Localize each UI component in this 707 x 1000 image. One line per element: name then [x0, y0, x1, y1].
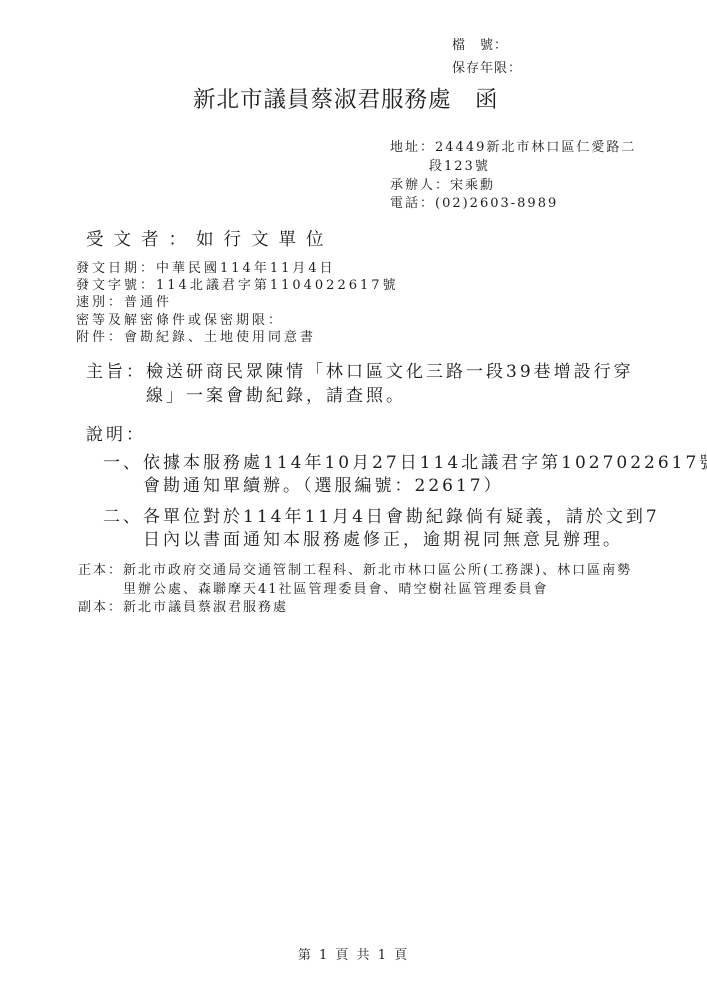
original-copy-text-1: 新北市政府交通局交通管制工程科、新北市林口區公所(工務課)、林口區南勢	[123, 563, 632, 578]
retention-label: 保存年限：	[452, 57, 522, 80]
document-page: 檔 號： 保存年限： 新北市議員蔡淑君服務處 函 地址：24449新北市林口區仁…	[0, 0, 707, 1000]
meta-doc-number-label: 發文字號：	[76, 278, 156, 293]
meta-issue-date-value: 中華民國114年11月4日	[156, 261, 336, 276]
subject-line-2: 線」一案會勘紀錄，請查照。	[86, 385, 634, 409]
explanation-item-2-line-2: 日內以書面通知本服務處修正，逾期視同無意見辦理。	[86, 529, 707, 553]
meta-attachment-value: 會勘紀錄、土地使用同意書	[124, 330, 316, 345]
original-copy-line-1: 正本：新北市政府交通局交通管制工程科、新北市林口區公所(工務課)、林口區南勢	[78, 562, 632, 581]
meta-issue-date: 發文日期：中華民國114年11月4日	[76, 260, 399, 277]
recipient-value: 如行文單位	[196, 230, 334, 250]
explanation-block: 說明： 一、依據本服務處114年10月27日114北議君字第1027022617…	[86, 424, 707, 553]
meta-priority-value: 普通件	[124, 295, 172, 310]
contact-address-line2: 段123號	[390, 158, 636, 177]
meta-attachment-label: 附件：	[76, 330, 124, 345]
original-copy-line-2: 里辦公處、森聯摩天41社區管理委員會、晴空樹社區管理委員會	[78, 581, 632, 600]
subject-line-1: 主旨：檢送研商民眾陳情「林口區文化三路一段39巷增設行穿	[86, 361, 634, 385]
explanation-item-1-num: 一、	[103, 453, 143, 473]
contact-officer: 承辦人：宋乘勳	[390, 177, 636, 196]
meta-attachment: 附件：會勘紀錄、土地使用同意書	[76, 329, 399, 346]
explanation-item-1-line-2: 會勘通知單續辦。（選服編號：22617）	[86, 475, 707, 499]
meta-doc-number: 發文字號：114北議君字第1104022617號	[76, 277, 399, 294]
cc-copy-line: 副本：新北市議員蔡淑君服務處	[78, 599, 632, 618]
meta-issue-date-label: 發文日期：	[76, 261, 156, 276]
explanation-item-2-line-1: 二、各單位對於114年11月4日會勘紀錄倘有疑義，請於文到7	[86, 506, 707, 530]
explanation-label: 說明：	[86, 424, 707, 448]
file-number-block: 檔 號： 保存年限：	[452, 34, 522, 80]
contact-address-line1: 地址：24449新北市林口區仁愛路二	[390, 139, 636, 158]
explanation-item-2-text-1: 各單位對於114年11月4日會勘紀錄倘有疑義，請於文到7	[143, 507, 660, 527]
recipient-line: 受文者：如行文單位	[86, 226, 334, 251]
explanation-item-2: 二、各單位對於114年11月4日會勘紀錄倘有疑義，請於文到7 日內以書面通知本服…	[86, 506, 707, 553]
original-copy-label: 正本：	[78, 563, 123, 578]
meta-priority-label: 速別：	[76, 295, 124, 310]
explanation-item-1: 一、依據本服務處114年10月27日114北議君字第1027022617號 會勘…	[86, 452, 707, 499]
subject-text-line-1: 檢送研商民眾陳情「林口區文化三路一段39巷增設行穿	[146, 362, 634, 382]
meta-security: 密等及解密條件或保密期限：	[76, 312, 399, 329]
document-title: 新北市議員蔡淑君服務處 函	[193, 82, 499, 114]
meta-priority: 速別：普通件	[76, 294, 399, 311]
meta-block: 發文日期：中華民國114年11月4日 發文字號：114北議君字第11040226…	[76, 260, 399, 346]
meta-doc-number-value: 114北議君字第1104022617號	[156, 278, 399, 293]
cc-copy-label: 副本：	[78, 600, 123, 615]
explanation-item-2-num: 二、	[103, 507, 143, 527]
cc-copy-value: 新北市議員蔡淑君服務處	[123, 600, 288, 615]
subject-label: 主旨：	[86, 362, 146, 382]
subject-block: 主旨：檢送研商民眾陳情「林口區文化三路一段39巷增設行穿 線」一案會勘紀錄，請查…	[86, 361, 634, 408]
page-number: 第 1 頁 共 1 頁	[0, 944, 707, 963]
contact-block: 地址：24449新北市林口區仁愛路二 段123號 承辦人：宋乘勳 電話：(02)…	[390, 139, 636, 214]
file-no-label: 檔 號：	[452, 34, 522, 57]
explanation-item-1-text-1: 依據本服務處114年10月27日114北議君字第1027022617號	[143, 453, 707, 473]
meta-security-label: 密等及解密條件或保密期限：	[76, 313, 284, 328]
copies-block: 正本：新北市政府交通局交通管制工程科、新北市林口區公所(工務課)、林口區南勢 里…	[78, 562, 632, 618]
explanation-item-1-line-1: 一、依據本服務處114年10月27日114北議君字第1027022617號	[86, 452, 707, 476]
contact-phone: 電話：(02)2603-8989	[390, 195, 636, 214]
recipient-label: 受文者：	[86, 230, 196, 250]
